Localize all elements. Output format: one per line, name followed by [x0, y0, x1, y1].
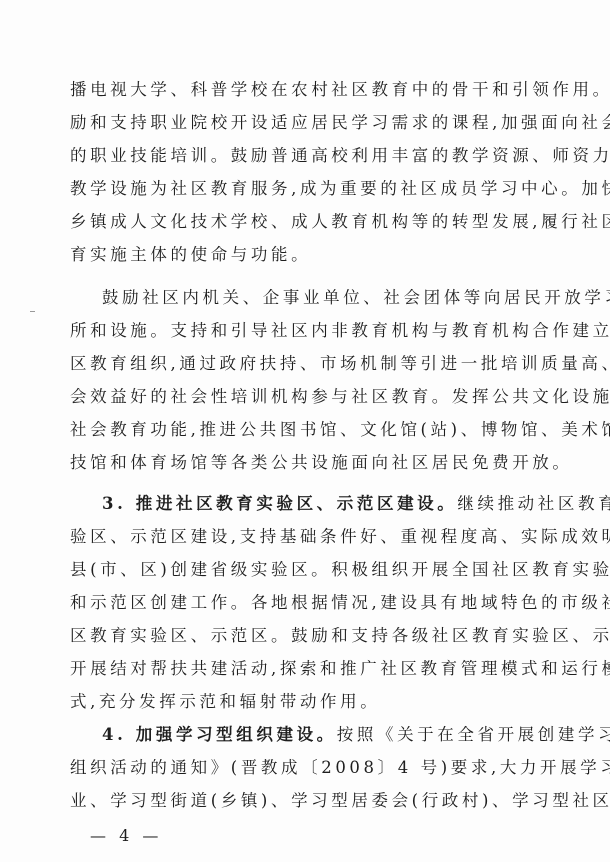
- paragraph-line: 乡镇成人文化技术学校、成人教育机构等的转型发展,履行社区教: [70, 212, 530, 232]
- paragraph-line: 开展结对帮扶共建活动,探索和推广社区教育管理模式和运行模: [70, 659, 530, 679]
- paragraph-line: 育实施主体的使命与功能。: [70, 245, 530, 265]
- paragraph-line: 县(市、区)创建省级实验区。积极组织开展全国社区教育实验区: [70, 560, 530, 580]
- paragraph-line: 组织活动的通知》(晋教成〔2008〕4 号)要求,大力开展学习型企: [70, 758, 530, 778]
- document-page: 播电视大学、科普学校在农村社区教育中的骨干和引领作用。鼓 励和支持职业院校开设适…: [0, 0, 610, 862]
- paragraph-line: 鼓励社区内机关、企事业单位、社会团体等向居民开放学习场: [102, 288, 562, 308]
- paragraph-text: 按照《关于在全省开展创建学习型: [337, 725, 610, 744]
- section-heading-line: 3. 推进社区教育实验区、示范区建设。继续推动社区教育实: [102, 494, 562, 514]
- paragraph-line: 播电视大学、科普学校在农村社区教育中的骨干和引领作用。鼓: [70, 80, 530, 100]
- paragraph-line: 业、学习型街道(乡镇)、学习型居委会(行政村)、学习型社区等其: [70, 791, 530, 811]
- section-heading-3: 3. 推进社区教育实验区、示范区建设。: [102, 494, 457, 513]
- paragraph-line: 技馆和体育场馆等各类公共设施面向社区居民免费开放。: [70, 453, 530, 473]
- paragraph-line: 的职业技能培训。鼓励普通高校利用丰富的教学资源、师资力量、: [70, 146, 530, 166]
- paragraph-line: 教学设施为社区教育服务,成为重要的社区成员学习中心。加快: [70, 179, 530, 199]
- paragraph-line: 社会教育功能,推进公共图书馆、文化馆(站)、博物馆、美术馆、科: [70, 420, 530, 440]
- paragraph-line: 会效益好的社会性培训机构参与社区教育。发挥公共文化设施的: [70, 387, 530, 407]
- paragraph-line: 和示范区创建工作。各地根据情况,建设具有地域特色的市级社: [70, 593, 530, 613]
- paragraph-line: 区教育组织,通过政府扶持、市场机制等引进一批培训质量高、社: [70, 354, 530, 374]
- scan-speck: [30, 311, 35, 312]
- page-number: — 4 —: [90, 826, 162, 845]
- paragraph-line: 区教育实验区、示范区。鼓励和支持各级社区教育实验区、示范区: [70, 626, 530, 646]
- paragraph-line: 验区、示范区建设,支持基础条件好、重视程度高、实际成效明显的: [70, 527, 530, 547]
- section-heading-line: 4. 加强学习型组织建设。按照《关于在全省开展创建学习型: [102, 725, 562, 745]
- paragraph-line: 式,充分发挥示范和辐射带动作用。: [70, 692, 530, 712]
- paragraph-text: 继续推动社区教育实: [457, 494, 610, 513]
- paragraph-line: 所和设施。支持和引导社区内非教育机构与教育机构合作建立社: [70, 321, 530, 341]
- section-heading-4: 4. 加强学习型组织建设。: [102, 725, 337, 744]
- paragraph-line: 励和支持职业院校开设适应居民学习需求的课程,加强面向社会: [70, 113, 530, 133]
